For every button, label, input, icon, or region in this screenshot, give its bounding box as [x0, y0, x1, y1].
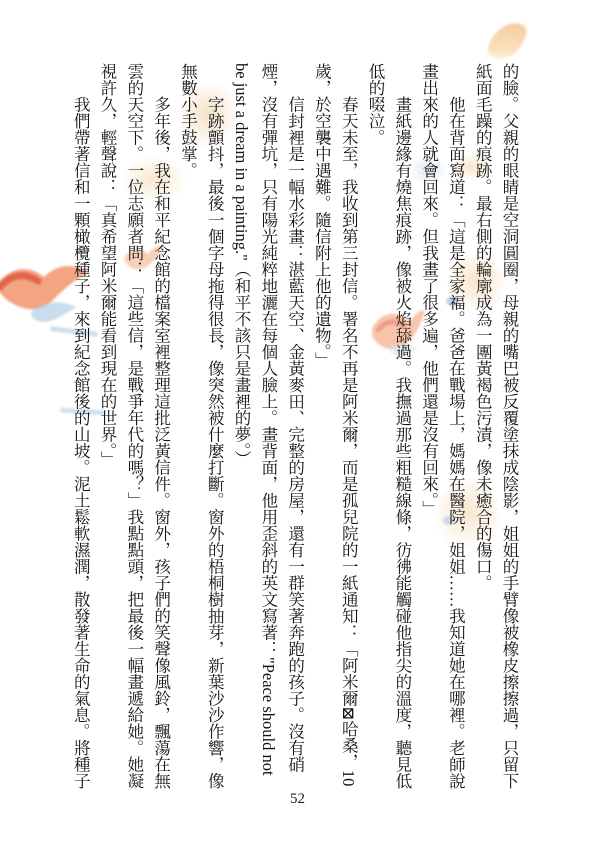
paragraph: 畫紙邊緣有燒焦痕跡，像被火焰舔過。我撫過那些粗糙線條，彷彿能觸碰他指尖的溫度，聽…: [361, 63, 415, 791]
paragraph: 春天未至，我收到第三封信。署名不再是阿米爾，而是孤兒院的一紙通知：「阿米爾⊠哈桑…: [308, 63, 362, 791]
vertical-text-block: 的臉。父親的眼睛是空洞圓圈，母親的嘴巴被反覆塗抹成陰影，姐姐的手臂像被橡皮擦擦過…: [66, 63, 522, 791]
paragraph: 信封裡是一幅水彩畫：湛藍天空、金黃麥田、完整的房屋，還有一群笑著奔跑的孩子。沒有…: [227, 63, 307, 791]
watercolor-leaf-icon: [484, 16, 529, 67]
page-number: 52: [0, 791, 595, 808]
paragraph: 字跡顫抖，最後一個字母拖得很長，像突然被什麼打斷。窗外的梧桐樹抽芽，新葉沙沙作響…: [174, 63, 228, 791]
paragraph: 他在背面寫道：「這是全家福。爸爸在戰場上，媽媽在醫院，姐姐……我知道她在哪裡。老…: [415, 63, 469, 791]
paragraph: 我們帶著信和一顆橄欖種子，來到紀念館後的山坡。泥土鬆軟濕潤，散發著生命的氣息。將…: [66, 63, 93, 791]
book-page: 的臉。父親的眼睛是空洞圓圈，母親的嘴巴被反覆塗抹成陰影，姐姐的手臂像被橡皮擦擦過…: [0, 0, 595, 842]
paragraph: 多年後，我在和平紀念館的檔案室裡整理這批泛黃信件。窗外，孩子們的笑聲像風鈴，飄蕩…: [93, 63, 173, 791]
paragraph: 的臉。父親的眼睛是空洞圓圈，母親的嘴巴被反覆塗抹成陰影，姐姐的手臂像被橡皮擦擦過…: [468, 63, 522, 791]
